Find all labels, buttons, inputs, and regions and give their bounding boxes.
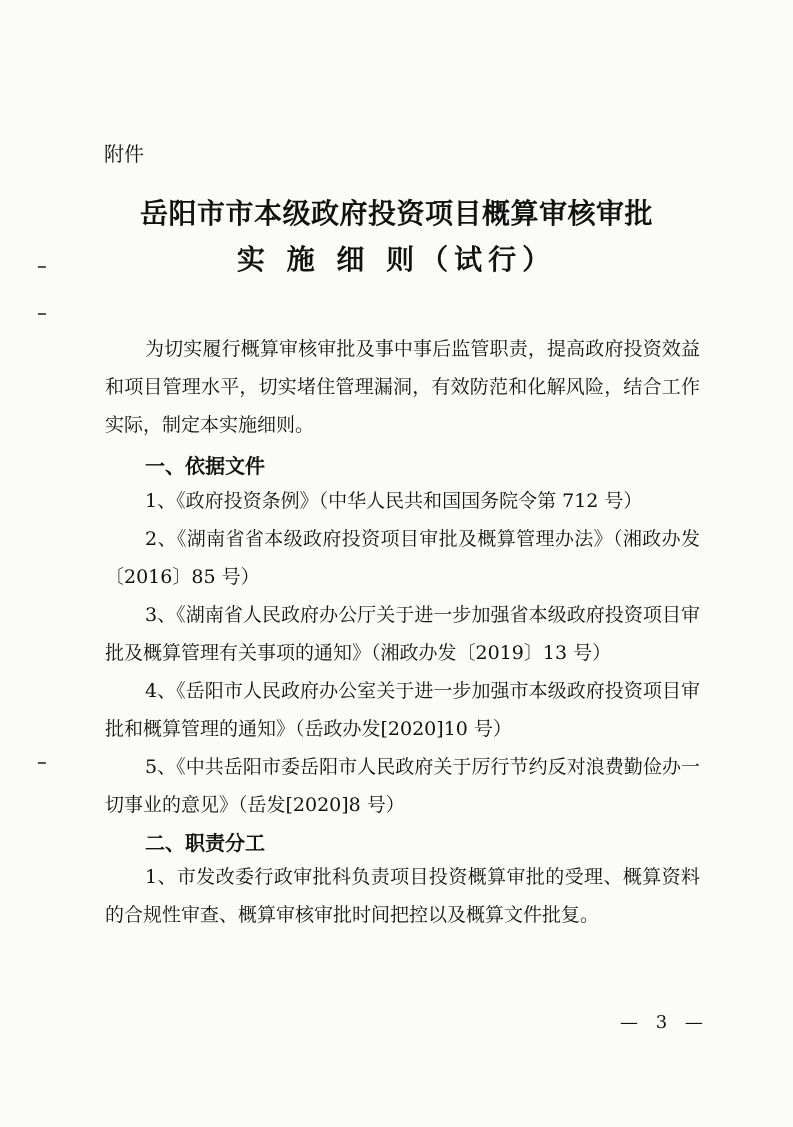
intro-paragraph: 为切实履行概算审核审批及事中事后监管职责，提高政府投资效益和项目管理水平，切实堵…: [105, 330, 700, 444]
basis-item-4: 4、《岳阳市人民政府办公室关于进一步加强市本级政府投资项目审批和概算管理的通知》…: [105, 672, 700, 748]
scan-mark: [38, 313, 46, 315]
document-title-line2: 实 施 细 则（试行）: [0, 238, 793, 278]
attachment-label: 附件: [104, 138, 144, 167]
basis-item-1: 1、《政府投资条例》（中华人民共和国国务院令第 712 号）: [105, 482, 700, 520]
basis-item-5: 5、《中共岳阳市委岳阳市人民政府关于厉行节约反对浪费勤俭办一切事业的意见》（岳发…: [105, 748, 700, 824]
basis-item-3: 3、《湖南省人民政府办公厅关于进一步加强省本级政府投资项目审批及概算管理有关事项…: [105, 596, 700, 672]
document-page: 附件 岳阳市市本级政府投资项目概算审核审批 实 施 细 则（试行） 为切实履行概…: [0, 0, 793, 1127]
page-number: — 3 —: [620, 1012, 709, 1033]
section-heading-responsibilities: 二、职责分工: [145, 827, 265, 856]
responsibility-item-1: 1、市发改委行政审批科负责项目投资概算审批的受理、概算资料的合规性审查、概算审核…: [105, 858, 700, 934]
section-heading-basis: 一、依据文件: [145, 450, 265, 479]
scan-mark: [38, 762, 46, 764]
basis-item-2: 2、《湖南省省本级政府投资项目审批及概算管理办法》（湘政办发〔2016〕85 号…: [105, 520, 700, 596]
document-title-line1: 岳阳市市本级政府投资项目概算审核审批: [0, 192, 793, 232]
